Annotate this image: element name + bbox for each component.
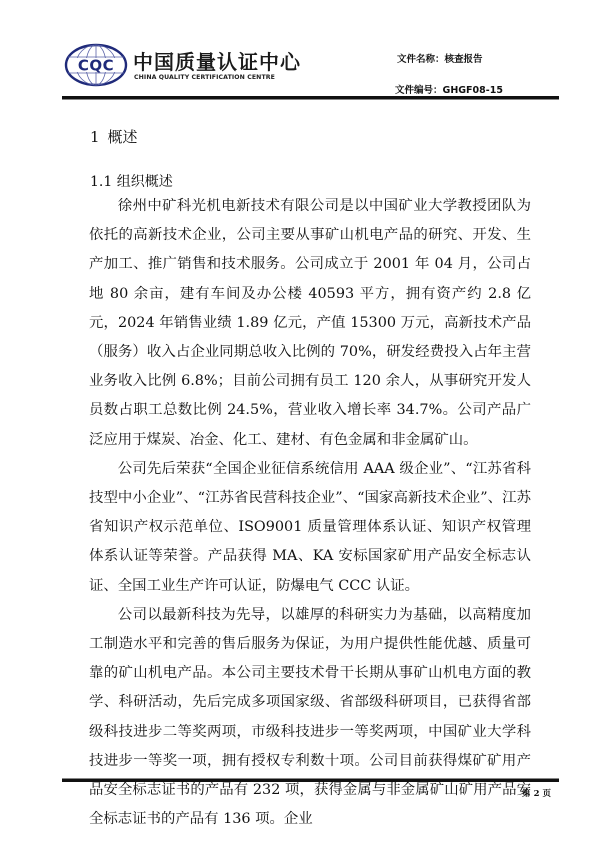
document-code-value: GHGF08-15 — [443, 85, 503, 96]
page-number: 第2页 — [522, 787, 551, 799]
section-title: 概述 — [108, 128, 138, 146]
section-heading: 1概述 — [90, 126, 138, 147]
paragraph: 公司先后荣获“全国企业征信系统信用 AAA 级企业”、“江苏省科技型中小企业”、… — [89, 455, 531, 601]
body-text: 徐州中矿科光机电新技术有限公司是以中国矿业大学教授团队为依托的高新技术企业，公司… — [89, 192, 531, 834]
footer-divider — [62, 779, 559, 782]
section-number: 1 — [90, 128, 100, 146]
document-page: CQC 中国质量认证中心 CHINA QUALITY CERTIFICATION… — [0, 0, 595, 841]
paragraph: 公司以最新科技为先导，以雄厚的科研实力为基础，以高精度加工制造水平和完善的售后服… — [89, 601, 531, 835]
page-number-suffix: 页 — [542, 789, 551, 799]
subsection-heading: 1.1 组织概述 — [90, 171, 173, 191]
cqc-logo: CQC — [64, 43, 128, 87]
document-name-label: 文件名称： — [397, 54, 445, 65]
header-divider-shadow — [62, 99, 559, 100]
page-number-prefix: 第 — [522, 789, 531, 799]
globe-icon: CQC — [64, 43, 128, 87]
document-code-label: 文件编号： — [395, 85, 443, 96]
paragraph: 徐州中矿科光机电新技术有限公司是以中国矿业大学教授团队为依托的高新技术企业，公司… — [89, 192, 531, 455]
document-code: 文件编号：GHGF08-15 — [395, 82, 503, 96]
document-name: 文件名称：核查报告 — [397, 51, 483, 65]
document-name-value: 核查报告 — [445, 54, 483, 65]
svg-text:CQC: CQC — [78, 57, 114, 75]
org-name-en: CHINA QUALITY CERTIFICATION CENTRE — [134, 74, 275, 81]
org-name-cn: 中国质量认证中心 — [133, 46, 301, 75]
page-number-value: 2 — [534, 789, 540, 799]
